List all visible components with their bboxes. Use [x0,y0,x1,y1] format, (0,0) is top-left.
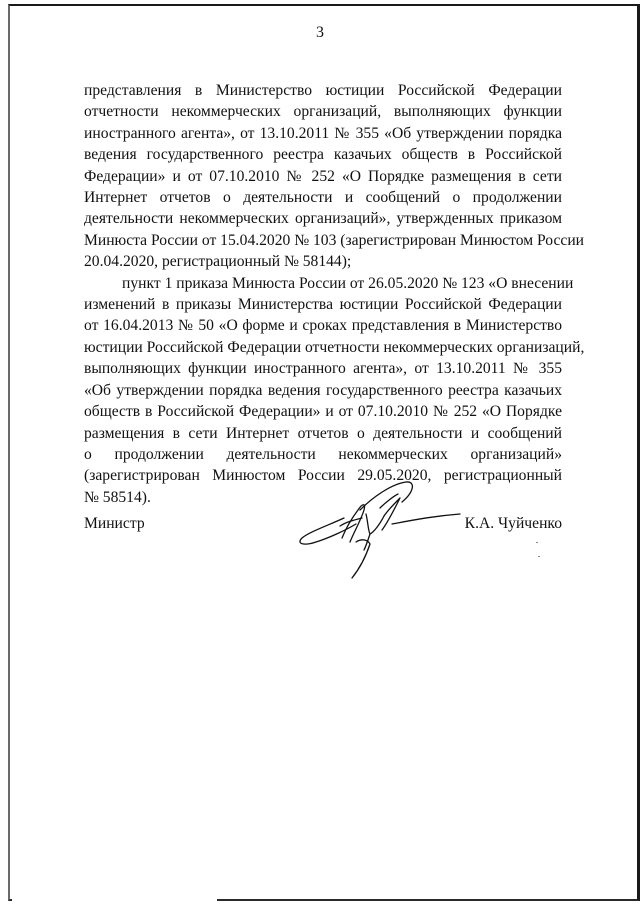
scan-speck [538,556,540,557]
text-line: отчетности некоммерческих организаций, в… [84,101,562,122]
scan-speck [536,542,538,543]
text-line: Интернет отчетов о деятельности и сообще… [84,187,562,208]
signer-name: К.А. Чуйченко [465,514,562,534]
text-line: иностранного агента», от 13.10.2011 № 35… [84,123,562,144]
page-border-gap [12,899,217,905]
paragraph-1: представления в Министерство юстиции Рос… [84,80,562,273]
text-line: пункт 1 приказа Минюста России от 26.05.… [84,273,562,294]
document-body: представления в Министерство юстиции Рос… [84,80,562,508]
text-line: 20.04.2020, регистрационный № 58144); [84,251,562,272]
text-line: выполняющих функции иностранного агента»… [84,358,562,379]
text-line: деятельности некоммерческих организаций»… [84,208,562,229]
paragraph-2: пункт 1 приказа Минюста России от 26.05.… [84,273,562,508]
page-number: 3 [0,23,640,43]
text-line: от 16.04.2013 № 50 «О форме и сроках пре… [84,315,562,336]
text-line: о продолжении деятельности некоммерчески… [84,444,562,465]
signer-title: Министр [84,514,145,534]
text-line: Минюста России от 15.04.2020 № 103 (заре… [84,230,562,251]
text-line: обществ в Российской Федерации» и от 07.… [84,401,562,422]
text-line: размещения в сети Интернет отчетов о дея… [84,423,562,444]
text-line: «Об утверждении порядка ведения государс… [84,380,562,401]
text-line: изменений в приказы Министерства юстиции… [84,294,562,315]
text-line: юстиции Российской Федерации отчетности … [84,337,562,358]
text-line: Федерации» и от 07.10.2010 № 252 «О Поря… [84,166,562,187]
signature-block: Министр К.А. Чуйченко [84,480,562,590]
text-line: ведения государственного реестра казачьи… [84,144,562,165]
handwritten-signature-icon [284,480,464,580]
text-line: представления в Министерство юстиции Рос… [84,80,562,101]
